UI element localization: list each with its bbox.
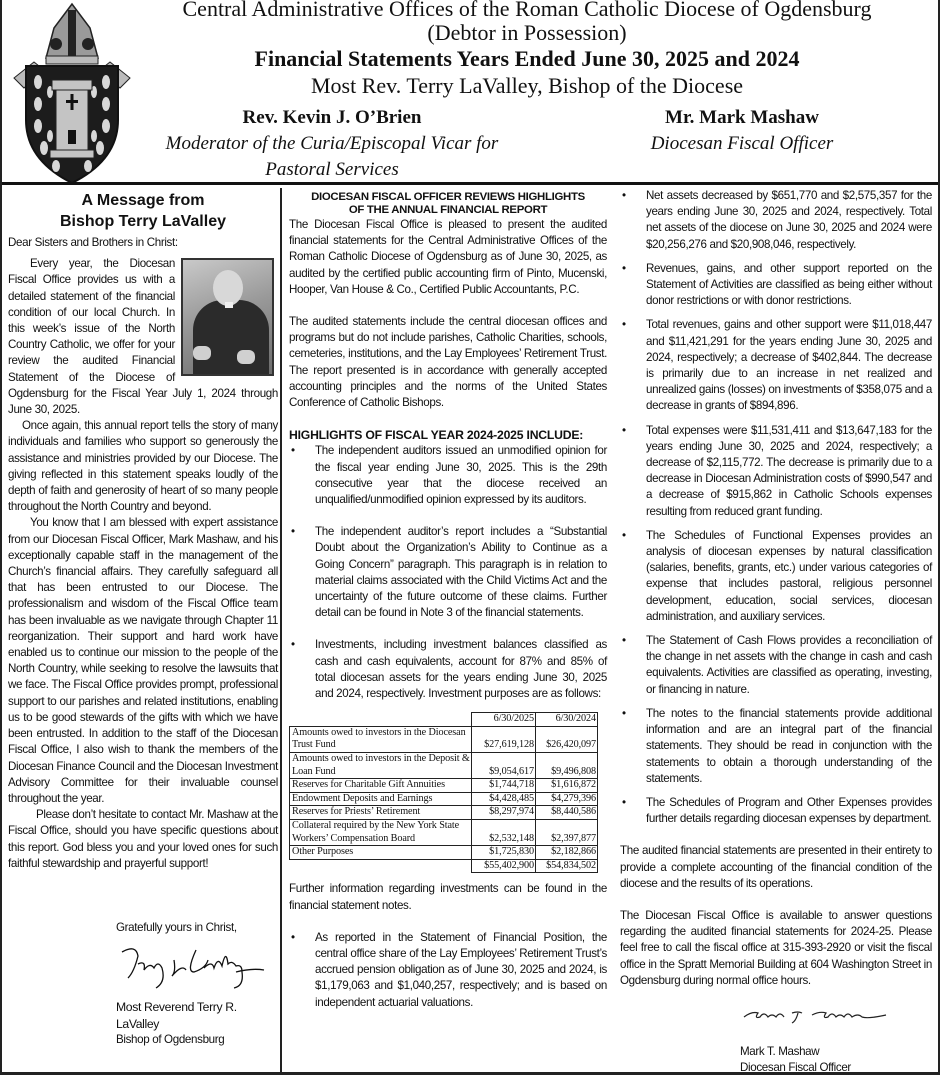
fiscal-review-scope: The audited statements include the centr… bbox=[289, 314, 607, 411]
bullet-icon: • bbox=[622, 423, 626, 439]
bullet-icon: • bbox=[622, 633, 626, 649]
fiscal-review-intro: The Diocesan Fiscal Office is pleased to… bbox=[289, 217, 607, 298]
bullet-icon: • bbox=[291, 524, 295, 540]
row-label: Endowment Deposits and Earnings bbox=[290, 792, 472, 806]
row-label: Amounts owed to investors in the Deposit… bbox=[290, 753, 472, 779]
bullet-icon: • bbox=[291, 637, 295, 653]
highlight-text: Revenues, gains, and other support repor… bbox=[646, 262, 932, 307]
bishop-signature-icon bbox=[116, 942, 266, 990]
contact-paragraph: The Diocesan Fiscal Office is available … bbox=[620, 908, 932, 989]
highlight-bullet: • The Schedules of Functional Expenses p… bbox=[620, 528, 932, 625]
highlight-bullet: • The Statement of Cash Flows provides a… bbox=[620, 633, 932, 698]
value-2025: $2,532,148 bbox=[472, 820, 536, 846]
highlight-bullet: • The independent auditor’s report inclu… bbox=[289, 524, 607, 621]
fiscal-review-column: DIOCESAN FISCAL OFFICER REVIEWS HIGHLIGH… bbox=[285, 188, 611, 1073]
highlight-text: Net assets decreased by $651,770 and $2,… bbox=[646, 189, 932, 251]
table-row: Amounts owed to investors in the Diocesa… bbox=[290, 726, 598, 752]
value-2025: $27,619,128 bbox=[472, 726, 536, 752]
value-2024: $26,420,097 bbox=[536, 726, 598, 752]
row-label: Amounts owed to investors in the Diocesa… bbox=[290, 726, 472, 752]
bishop-message-title-line-1: A Message from bbox=[8, 190, 278, 211]
fiscal-officer-signer-name: Mark T. Mashaw bbox=[740, 1044, 932, 1060]
pension-bullet: • As reported in the Statement of Financ… bbox=[289, 930, 607, 1011]
table-row: Reserves for Priests’ Retirement $8,297,… bbox=[290, 806, 598, 820]
header-debtor-status: (Debtor in Possession) bbox=[112, 20, 940, 46]
highlight-text: The independent auditor’s report include… bbox=[315, 525, 607, 619]
fiscal-review-title: DIOCESAN FISCAL OFFICER REVIEWS HIGHLIGH… bbox=[289, 191, 607, 217]
header-statement-title: Financial Statements Years Ended June 30… bbox=[112, 46, 940, 72]
highlight-text: Investments, including investment balanc… bbox=[315, 638, 607, 700]
bullet-icon: • bbox=[291, 930, 295, 946]
bullet-icon: • bbox=[622, 795, 626, 811]
highlight-text: Total expenses were $11,531,411 and $13,… bbox=[646, 424, 932, 518]
bishop-signer-title: Bishop of Ogdensburg bbox=[116, 1032, 278, 1048]
highlight-text: Total revenues, gains and other support … bbox=[646, 318, 932, 412]
value-2025: $1,744,718 bbox=[472, 779, 536, 793]
header-moderator-title-1: Moderator of the Curia/Episcopal Vicar f… bbox=[132, 133, 532, 155]
bishop-message-title-line-2: Bishop Terry LaValley bbox=[8, 211, 278, 232]
value-2025: $8,297,974 bbox=[472, 806, 536, 820]
table-row: Endowment Deposits and Earnings $4,428,4… bbox=[290, 792, 598, 806]
column-header: 6/30/2024 bbox=[536, 713, 598, 727]
highlight-text: The independent auditors issued an unmod… bbox=[315, 444, 607, 506]
row-label: Reserves for Charitable Gift Annuities bbox=[290, 779, 472, 793]
bullet-icon: • bbox=[291, 443, 295, 459]
bishop-message-paragraph: Once again, this annual report tells the… bbox=[8, 418, 278, 515]
row-label: Collateral required by the New York Stat… bbox=[290, 820, 472, 846]
value-2024: $9,496,808 bbox=[536, 753, 598, 779]
pension-text: As reported in the Statement of Financia… bbox=[315, 931, 607, 1009]
bullet-icon: • bbox=[622, 188, 626, 204]
bullet-icon: • bbox=[622, 317, 626, 333]
financial-statement-page: Central Administrative Offices of the Ro… bbox=[0, 0, 940, 1075]
table-row: Amounts owed to investors in the Deposit… bbox=[290, 753, 598, 779]
highlight-text: The Schedules of Functional Expenses pro… bbox=[646, 529, 932, 623]
header-moderator-title-2: Pastoral Services bbox=[132, 159, 532, 181]
salutation: Dear Sisters and Brothers in Christ: bbox=[8, 235, 278, 251]
bullet-icon: • bbox=[622, 261, 626, 277]
highlight-text: The notes to the financial statements pr… bbox=[646, 707, 932, 785]
bullet-icon: • bbox=[622, 528, 626, 544]
table-row: Other Purposes $1,725,830 $2,182,866 bbox=[290, 846, 598, 860]
bullet-icon: • bbox=[622, 706, 626, 722]
table-row: Reserves for Charitable Gift Annuities $… bbox=[290, 779, 598, 793]
bishop-message-paragraph: Please don’t hesitate to contact Mr. Mas… bbox=[8, 807, 278, 872]
highlights-title: HIGHLIGHTS OF FISCAL YEAR 2024-2025 INCL… bbox=[289, 427, 607, 443]
table-row: Collateral required by the New York Stat… bbox=[290, 820, 598, 846]
value-2025: $1,725,830 bbox=[472, 846, 536, 860]
row-label: Other Purposes bbox=[290, 846, 472, 860]
value-2024: $2,397,877 bbox=[536, 820, 598, 846]
highlight-bullet: • The Schedules of Program and Other Exp… bbox=[620, 795, 932, 827]
total-2025: $55,402,900 bbox=[472, 859, 536, 873]
entirety-paragraph: The audited financial statements are pre… bbox=[620, 843, 932, 892]
page-header: Central Administrative Offices of the Ro… bbox=[2, 0, 938, 185]
value-2025: $4,428,485 bbox=[472, 792, 536, 806]
highlight-bullet: • Total revenues, gains and other suppor… bbox=[620, 317, 932, 414]
fiscal-officer-signature-icon bbox=[740, 1003, 890, 1027]
highlight-bullet: • Net assets decreased by $651,770 and $… bbox=[620, 188, 932, 253]
value-2024: $4,279,396 bbox=[536, 792, 598, 806]
highlights-continued-column: • Net assets decreased by $651,770 and $… bbox=[614, 188, 940, 1073]
row-label: Reserves for Priests’ Retirement bbox=[290, 806, 472, 820]
highlight-bullet: • Revenues, gains, and other support rep… bbox=[620, 261, 932, 310]
highlight-bullet: • The notes to the financial statements … bbox=[620, 706, 932, 787]
highlight-bullet: • The independent auditors issued an unm… bbox=[289, 443, 607, 508]
highlight-text: The Schedules of Program and Other Expen… bbox=[646, 796, 932, 825]
column-header: 6/30/2025 bbox=[472, 713, 536, 727]
table-header-row: 6/30/2025 6/30/2024 bbox=[290, 713, 598, 727]
bishop-message-title: A Message from Bishop Terry LaValley bbox=[8, 190, 278, 232]
header-fiscal-officer-title: Diocesan Fiscal Officer bbox=[602, 133, 882, 155]
highlight-bullet: • Total expenses were $11,531,411 and $1… bbox=[620, 423, 932, 520]
further-info-text: Further information regarding investment… bbox=[289, 881, 607, 913]
header-moderator-name: Rev. Kevin J. O’Brien bbox=[182, 107, 482, 129]
investment-purposes-table: 6/30/2025 6/30/2024 Amounts owed to inve… bbox=[289, 712, 598, 873]
table-total-row: $55,402,900 $54,834,502 bbox=[290, 859, 598, 873]
value-2024: $1,616,872 bbox=[536, 779, 598, 793]
highlight-text: The Statement of Cash Flows provides a r… bbox=[646, 634, 932, 696]
bishop-message-column: A Message from Bishop Terry LaValley Dea… bbox=[6, 188, 282, 1073]
highlight-bullet: • Investments, including investment bala… bbox=[289, 637, 607, 702]
header-organization-title: Central Administrative Offices of the Ro… bbox=[112, 0, 940, 22]
header-bishop-line: Most Rev. Terry LaValley, Bishop of the … bbox=[112, 73, 940, 99]
value-2024: $8,440,586 bbox=[536, 806, 598, 820]
fiscal-review-title-line-2: OF THE ANNUAL FINANCIAL REPORT bbox=[289, 204, 607, 217]
bishop-signer-name: Most Reverend Terry R. LaValley bbox=[116, 999, 278, 1031]
header-fiscal-officer-name: Mr. Mark Mashaw bbox=[602, 107, 882, 129]
fiscal-review-title-line-1: DIOCESAN FISCAL OFFICER REVIEWS HIGHLIGH… bbox=[289, 191, 607, 204]
value-2024: $2,182,866 bbox=[536, 846, 598, 860]
total-2024: $54,834,502 bbox=[536, 859, 598, 873]
closing-line: Gratefully yours in Christ, bbox=[116, 920, 278, 936]
bishop-portrait-photo bbox=[181, 258, 274, 376]
value-2025: $9,054,617 bbox=[472, 753, 536, 779]
bishop-message-paragraph: You know that I am blessed with expert a… bbox=[8, 515, 278, 807]
